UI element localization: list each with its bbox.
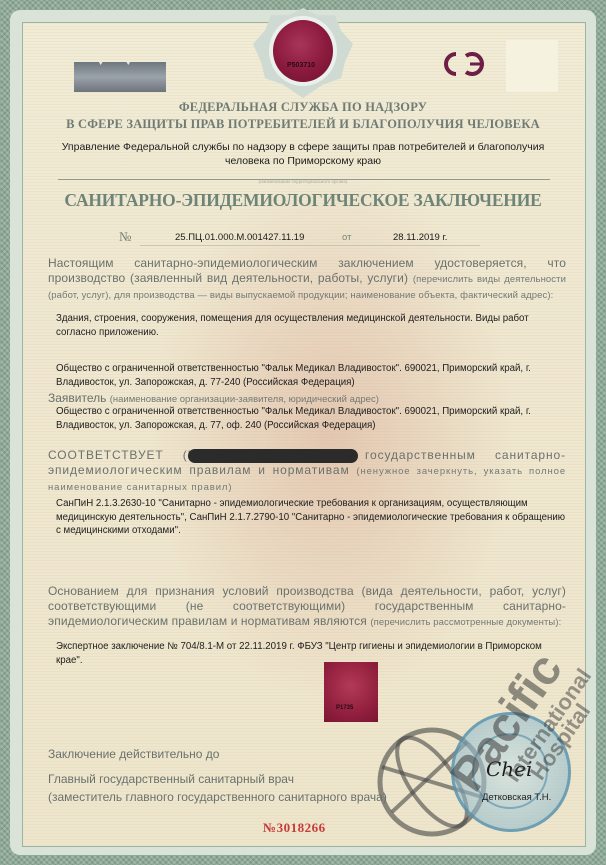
hologram-strip bbox=[74, 62, 166, 92]
sanitary-rules: СанПиН 2.1.3.2630-10 "Санитарно - эпидем… bbox=[56, 497, 568, 538]
document-number: 25.ПЦ.01.000.М.001427.11.19 bbox=[175, 232, 304, 243]
emblem-serial: P503710 bbox=[287, 62, 315, 69]
applicant-value: Общество с ограниченной ответственностью… bbox=[56, 405, 568, 432]
number-underline bbox=[140, 245, 480, 246]
agency-name-line2: В СФЕРЕ ЗАЩИТЫ ПРАВ ПОТРЕБИТЕЛЕЙ И БЛАГО… bbox=[0, 117, 606, 132]
signer-name: Детковская Т.Н. bbox=[482, 792, 551, 803]
organization-object: Общество с ограниченной ответственностью… bbox=[56, 362, 568, 389]
applicant-label: Заявитель bbox=[48, 391, 106, 405]
agency-name-line1: ФЕДЕРАЛЬНАЯ СЛУЖБА ПО НАДЗОРУ bbox=[0, 100, 606, 115]
department-caption: (наименование территориального органа) bbox=[0, 180, 606, 185]
territorial-department: Управление Федеральной службы по надзору… bbox=[40, 140, 566, 168]
from-label: от bbox=[342, 232, 351, 243]
form-serial-number: №3018266 bbox=[263, 820, 326, 836]
expert-conclusion: Экспертное заключение № 704/8.1-М от 22.… bbox=[56, 640, 568, 667]
blank-field bbox=[506, 40, 558, 92]
deputy-chief-title: (заместитель главного государственного с… bbox=[48, 790, 387, 804]
intro-paragraph: Настоящим санитарно-эпидемиологическим з… bbox=[48, 256, 566, 303]
valid-until-label: Заключение действительно до bbox=[48, 747, 219, 761]
applicant-hint: (наименование организации-заявителя, юри… bbox=[110, 394, 379, 405]
hologram-serial: P1735 bbox=[336, 705, 353, 711]
activity-description: Здания, строения, сооружения, помещения … bbox=[56, 312, 568, 339]
basis-paragraph: Основанием для признания условий произво… bbox=[48, 584, 566, 630]
applicant-label-row: Заявитель (наименование организации-заяв… bbox=[48, 391, 379, 405]
state-emblem-seal-icon bbox=[273, 20, 333, 82]
hologram-emblem-icon bbox=[324, 662, 378, 722]
document-date: 28.11.2019 г. bbox=[393, 232, 447, 243]
number-sign: № bbox=[119, 229, 131, 245]
chief-doctor-title: Главный государственный санитарный врач bbox=[48, 772, 294, 786]
basis-hint: (перечислить рассмотренные документы): bbox=[370, 617, 561, 628]
document-title: САНИТАРНО-ЭПИДЕМИОЛОГИЧЕСКОЕ ЗАКЛЮЧЕНИЕ bbox=[0, 190, 606, 211]
strikeout-mark bbox=[188, 449, 358, 463]
se-logo-icon bbox=[440, 50, 498, 78]
